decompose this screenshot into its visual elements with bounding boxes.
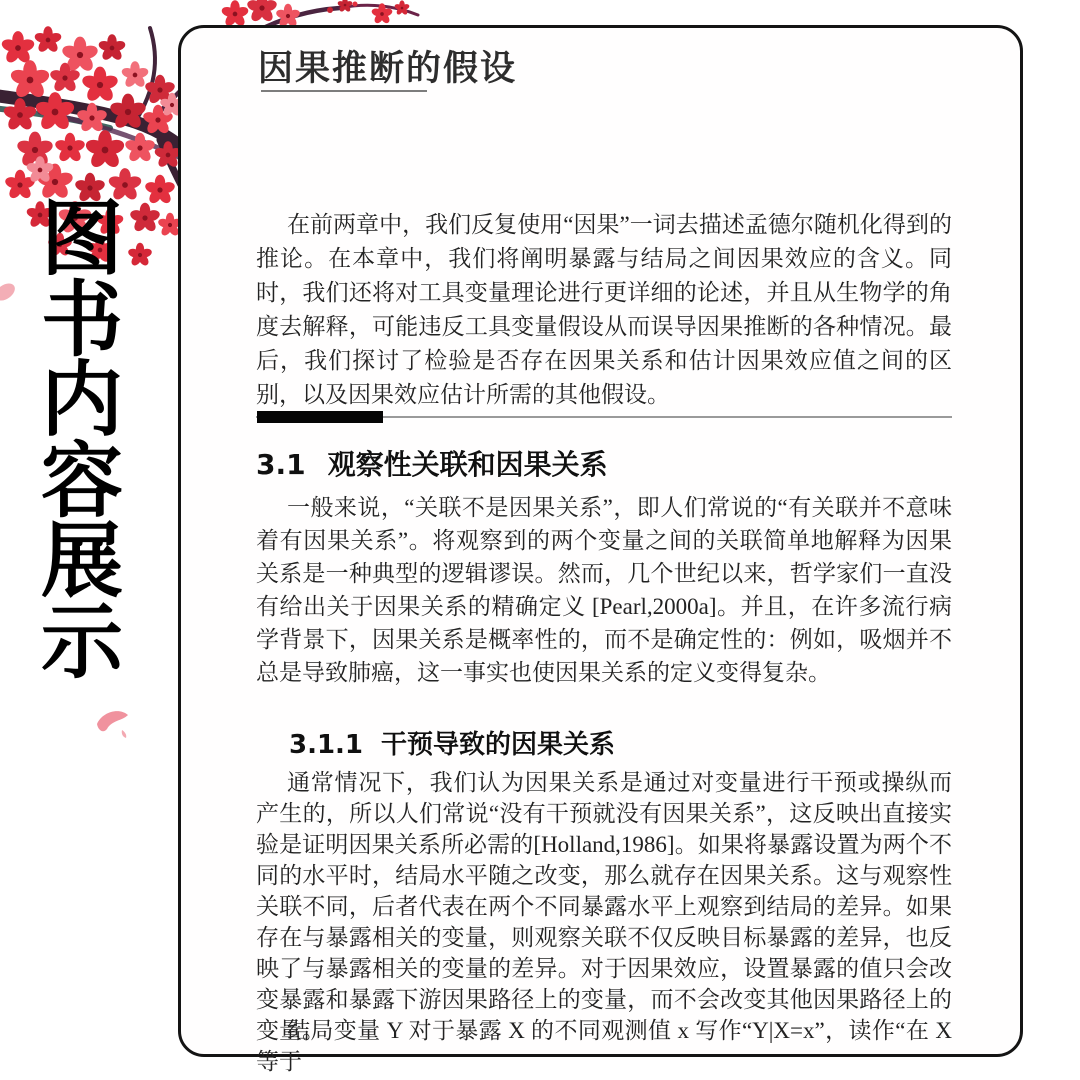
intro-paragraph: 在前两章中，我们反复使用“因果”一词去描述孟德尔随机化得到的推论。在本章中，我们… — [256, 208, 952, 412]
section-heading: 3.1观察性关联和因果关系 — [256, 443, 608, 483]
subsection-paragraph: 通常情况下，我们认为因果关系是通过对变量进行干预或操纵而产生的，所以人们常说“没… — [256, 767, 952, 1046]
book-page: 因果推断的假设 在前两章中，我们反复使用“因果”一词去描述孟德尔随机化得到的推论… — [178, 25, 1023, 1057]
banner-char: 示 — [26, 603, 138, 684]
subsection-last-line: 结局变量 Y 对于暴露 X 的不同观测值 x 写作“Y|X=x”，读作“在 X … — [256, 1015, 952, 1077]
banner-char: 内 — [26, 361, 138, 442]
book-content-preview: 图 书 内 容 展 示 因果推断的假设 在前两章中，我们反复使用“因果”一词去描… — [0, 0, 1080, 1080]
section-number: 3.1 — [256, 448, 306, 481]
section-divider — [256, 411, 952, 423]
subsection-number: 3.1.1 — [289, 730, 363, 760]
chapter-title: 因果推断的假设 — [258, 41, 517, 91]
banner-char: 容 — [26, 442, 138, 523]
vertical-banner: 图 书 内 容 展 示 — [26, 200, 138, 683]
section-paragraph: 一般来说，“关联不是因果关系”，即人们常说的“有关联并不意味着有因果关系”。将观… — [256, 491, 952, 689]
banner-char: 图 — [26, 200, 138, 281]
falling-petal-icon — [92, 704, 136, 748]
chapter-title-underline — [261, 90, 427, 92]
divider-black-bar — [257, 411, 383, 423]
banner-char: 书 — [26, 281, 138, 362]
subsection-title: 干预导致的因果关系 — [381, 730, 615, 760]
section-title: 观察性关联和因果关系 — [328, 448, 608, 481]
banner-char: 展 — [26, 522, 138, 603]
subsection-heading: 3.1.1干预导致的因果关系 — [289, 724, 615, 761]
